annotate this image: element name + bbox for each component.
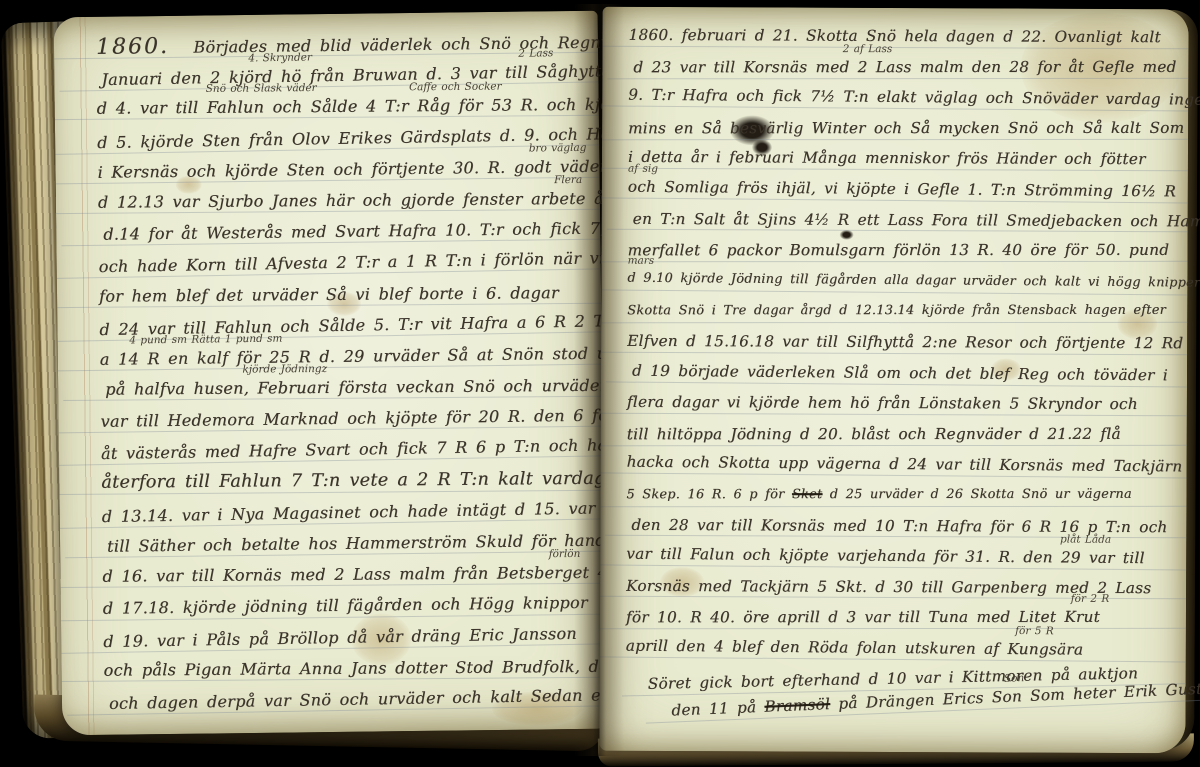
line-text: d 23 var till Korsnäs med 2 Lass malm de… <box>633 57 1176 75</box>
handwriting-line: d 19 började väderleken Slå om och det b… <box>632 355 1183 390</box>
handwriting-line: 9. T:r Hafra och fick 7½ T:n elakt vägla… <box>628 80 1184 115</box>
line-text: aprill den 4 blef den Röda folan utskure… <box>626 636 1084 658</box>
line-text: merfallet 6 packor Bomulsgarn förlön 13 … <box>628 241 1170 259</box>
line-text: Januari den 2 kjörd hö från Bruwan d. 3 … <box>101 61 636 89</box>
year-figure: 1860. <box>96 34 169 60</box>
handwriting-line: mars d 9.10 kjörde Jödning till fägården… <box>627 263 1183 298</box>
interline-annotation: 4 pund sm Rätta 1 pund sm <box>129 333 282 345</box>
line-text: d 17.18. kjörde jödning till fägården oc… <box>103 593 588 618</box>
interline-annotation: Snö och Slask väder <box>206 83 317 94</box>
handwriting-line: förlön d 16. var till Kornäs med 2 Lass … <box>102 557 598 592</box>
interline-annotation: Caffe och Socker <box>409 82 502 93</box>
handwriting-line: i detta år i februari Många menniskor fr… <box>628 142 1184 175</box>
handwriting-line: bro väglag i Kersnäs och kjörde Sten och… <box>97 151 593 188</box>
line-text: och Somliga frös ihjäl, vi kjöpte i Gefl… <box>628 178 1176 201</box>
line-text: återfora till Fahlun 7 T:n vete a 2 R T:… <box>101 468 605 492</box>
left-page-text: 1860. Börjades med blid väderlek och Snö… <box>54 11 607 736</box>
handwriting-line: 5 Skep. 16 R. 6 p för Sket d 25 urväder … <box>626 480 1182 511</box>
interline-annotation: Son <box>1004 673 1025 684</box>
handwriting-line: flera dagar vi kjörde hem hö från Lönsta… <box>627 387 1183 420</box>
handwriting-line: till Säther och betalte hos Hammerström … <box>107 525 598 562</box>
handwriting-line: 1860. februari d 21. Skotta Snö hela dag… <box>628 20 1184 53</box>
interline-annotation: 2 af Lass <box>843 44 893 54</box>
interline-annotation: bro väglag <box>529 143 587 154</box>
handwriting-line: 2 af Lass d 23 var till Korsnäs med 2 La… <box>633 51 1184 82</box>
line-text: a 14 R en kalf för 25 R d. 29 urväder Så… <box>100 343 618 368</box>
interline-annotation: mars <box>628 255 655 265</box>
line-text: d 13.14. var i Nya Magasinet och hade in… <box>102 498 596 526</box>
line-text: flera dagar vi kjörde hem hö från Lönsta… <box>627 393 1138 413</box>
line-text: d 16. var till Kornäs med 2 Lass malm fr… <box>102 563 628 586</box>
interline-annotation: af sig <box>628 164 658 174</box>
handwriting-line: Flera d 12.13 var Sjurbo Janes här och g… <box>98 183 594 218</box>
handwriting-line: för 2 R för 10. R 40. öre aprill d 3 var… <box>626 602 1182 633</box>
handwriting-line: plåt Låda var till Falun och kjöpte varj… <box>626 539 1182 574</box>
line-text: 9. T:r Hafra och fick 7½ T:n elakt vägla… <box>628 86 1200 109</box>
struck-text: Sket <box>792 487 822 502</box>
line-text: på halfva husen, Februari första veckan … <box>105 375 656 398</box>
line-text: i detta år i februari Många menniskor fr… <box>628 148 1146 168</box>
line-text: d 9.10 kjörde Jödning till fägården alla… <box>627 270 1200 290</box>
right-page-text: 1860. februari d 21. Skotta Snö hela dag… <box>599 7 1188 754</box>
interline-annotation: kjörde Jödningz <box>242 364 327 375</box>
line-text: 5 Skep. 16 R. 6 p för <box>626 487 791 502</box>
interline-annotation: 2 Lass <box>518 48 553 59</box>
handwriting-line: Skotta Snö i Tre dagar årgd d 12.13.14 k… <box>627 296 1183 327</box>
line-text: och hade Korn till Afvesta 2 T:r a 1 R T… <box>99 249 605 277</box>
line-text: d 19. var i Påls på Bröllop då vår dräng… <box>103 623 577 650</box>
interline-annotation: 4. Skrynder <box>248 53 312 64</box>
line-text: 1860. februari d 21. Skotta Snö hela dag… <box>628 26 1160 46</box>
interline-annotation: för 2 R <box>1071 594 1110 604</box>
interline-annotation: plåt Låda <box>1060 534 1111 544</box>
line-text: åt västerås med Hafre Svart och fick 7 R… <box>101 435 628 463</box>
line-text: d 12.13 var Sjurbo Janes här och gjorde … <box>98 188 684 212</box>
handwriting-line: 4 pund sm Rätta 1 pund sm a 14 R en kalf… <box>100 338 596 375</box>
handwriting-line: af sig och Somliga frös ihjäl, vi kjöpte… <box>628 172 1184 207</box>
line-text: en T:n Salt åt Sjins 4½ R ett Lass Fora … <box>633 209 1200 229</box>
line-text: Skotta Snö i Tre dagar årgd d 12.13.14 k… <box>627 303 1166 318</box>
line-text: till hiltöppa Jödning d 20. blåst och Re… <box>627 425 1121 443</box>
line-text: for hem blef det urväder Så vi blef bort… <box>99 283 559 306</box>
line-text: den 28 var till Korsnäs med 10 T:n Hafra… <box>631 515 1167 535</box>
line-text: Elfven d 15.16.18 var till Silfhyttå 2:n… <box>627 332 1183 352</box>
diary-left-page: 1860. Börjades med blid väderlek och Snö… <box>54 11 607 736</box>
interline-annotation: förlön <box>549 549 581 559</box>
diary-right-page: 1860. februari d 21. Skotta Snö hela dag… <box>599 7 1188 754</box>
handwriting-line: mins en Så besvärlig Winter och Så mycke… <box>628 113 1184 144</box>
line-text: för 10. R 40. öre aprill d 3 var till Tu… <box>626 608 1100 626</box>
line-text: var till Falun och kjöpte varjehanda för… <box>626 545 1145 568</box>
line-text: d 19 började väderleken Slå om och det b… <box>632 361 1168 384</box>
handwriting-line: Elfven d 15.16.18 var till Silfhyttå 2:n… <box>627 326 1183 359</box>
line-text: hacka och Skotta upp vägerna d 24 var ti… <box>627 453 1183 476</box>
handwriting-line: merfallet 6 packor Bomulsgarn förlön 13 … <box>628 235 1184 266</box>
handwriting-line: kjörde Jödningz på halfva husen, Februar… <box>105 370 596 405</box>
line-text: och påls Pigan Märta Anna Jans dotter St… <box>104 656 620 679</box>
handwriting-line: hacka och Skotta upp vägerna d 24 var ti… <box>627 447 1183 482</box>
handwriting-line: en T:n Salt åt Sjins 4½ R ett Lass Fora … <box>633 203 1184 236</box>
diary-photograph: 1860. Börjades med blid väderlek och Snö… <box>0 0 1200 767</box>
handwriting-line: och dagen derpå var Snö och urväder och … <box>109 679 600 719</box>
handwriting-line: till hiltöppa Jödning d 20. blåst och Re… <box>627 419 1183 450</box>
line-text: d 25 urväder d 26 Skotta Snö ur vägerna <box>830 487 1132 502</box>
struck-text: Bramsöl <box>764 695 830 716</box>
line-text: mins en Så besvärlig Winter och Så mycke… <box>628 119 1184 137</box>
line-text: till Säther och betalte hos Hammerström … <box>107 530 621 555</box>
line-text: var till Hedemora Marknad och kjöpte för… <box>100 406 616 431</box>
interline-annotation: för 5 R <box>1015 626 1054 636</box>
line-text: den 11 på <box>671 698 765 720</box>
line-text: och dagen derpå var Snö och urväder och … <box>109 685 632 713</box>
interline-annotation: Flera <box>554 175 582 185</box>
